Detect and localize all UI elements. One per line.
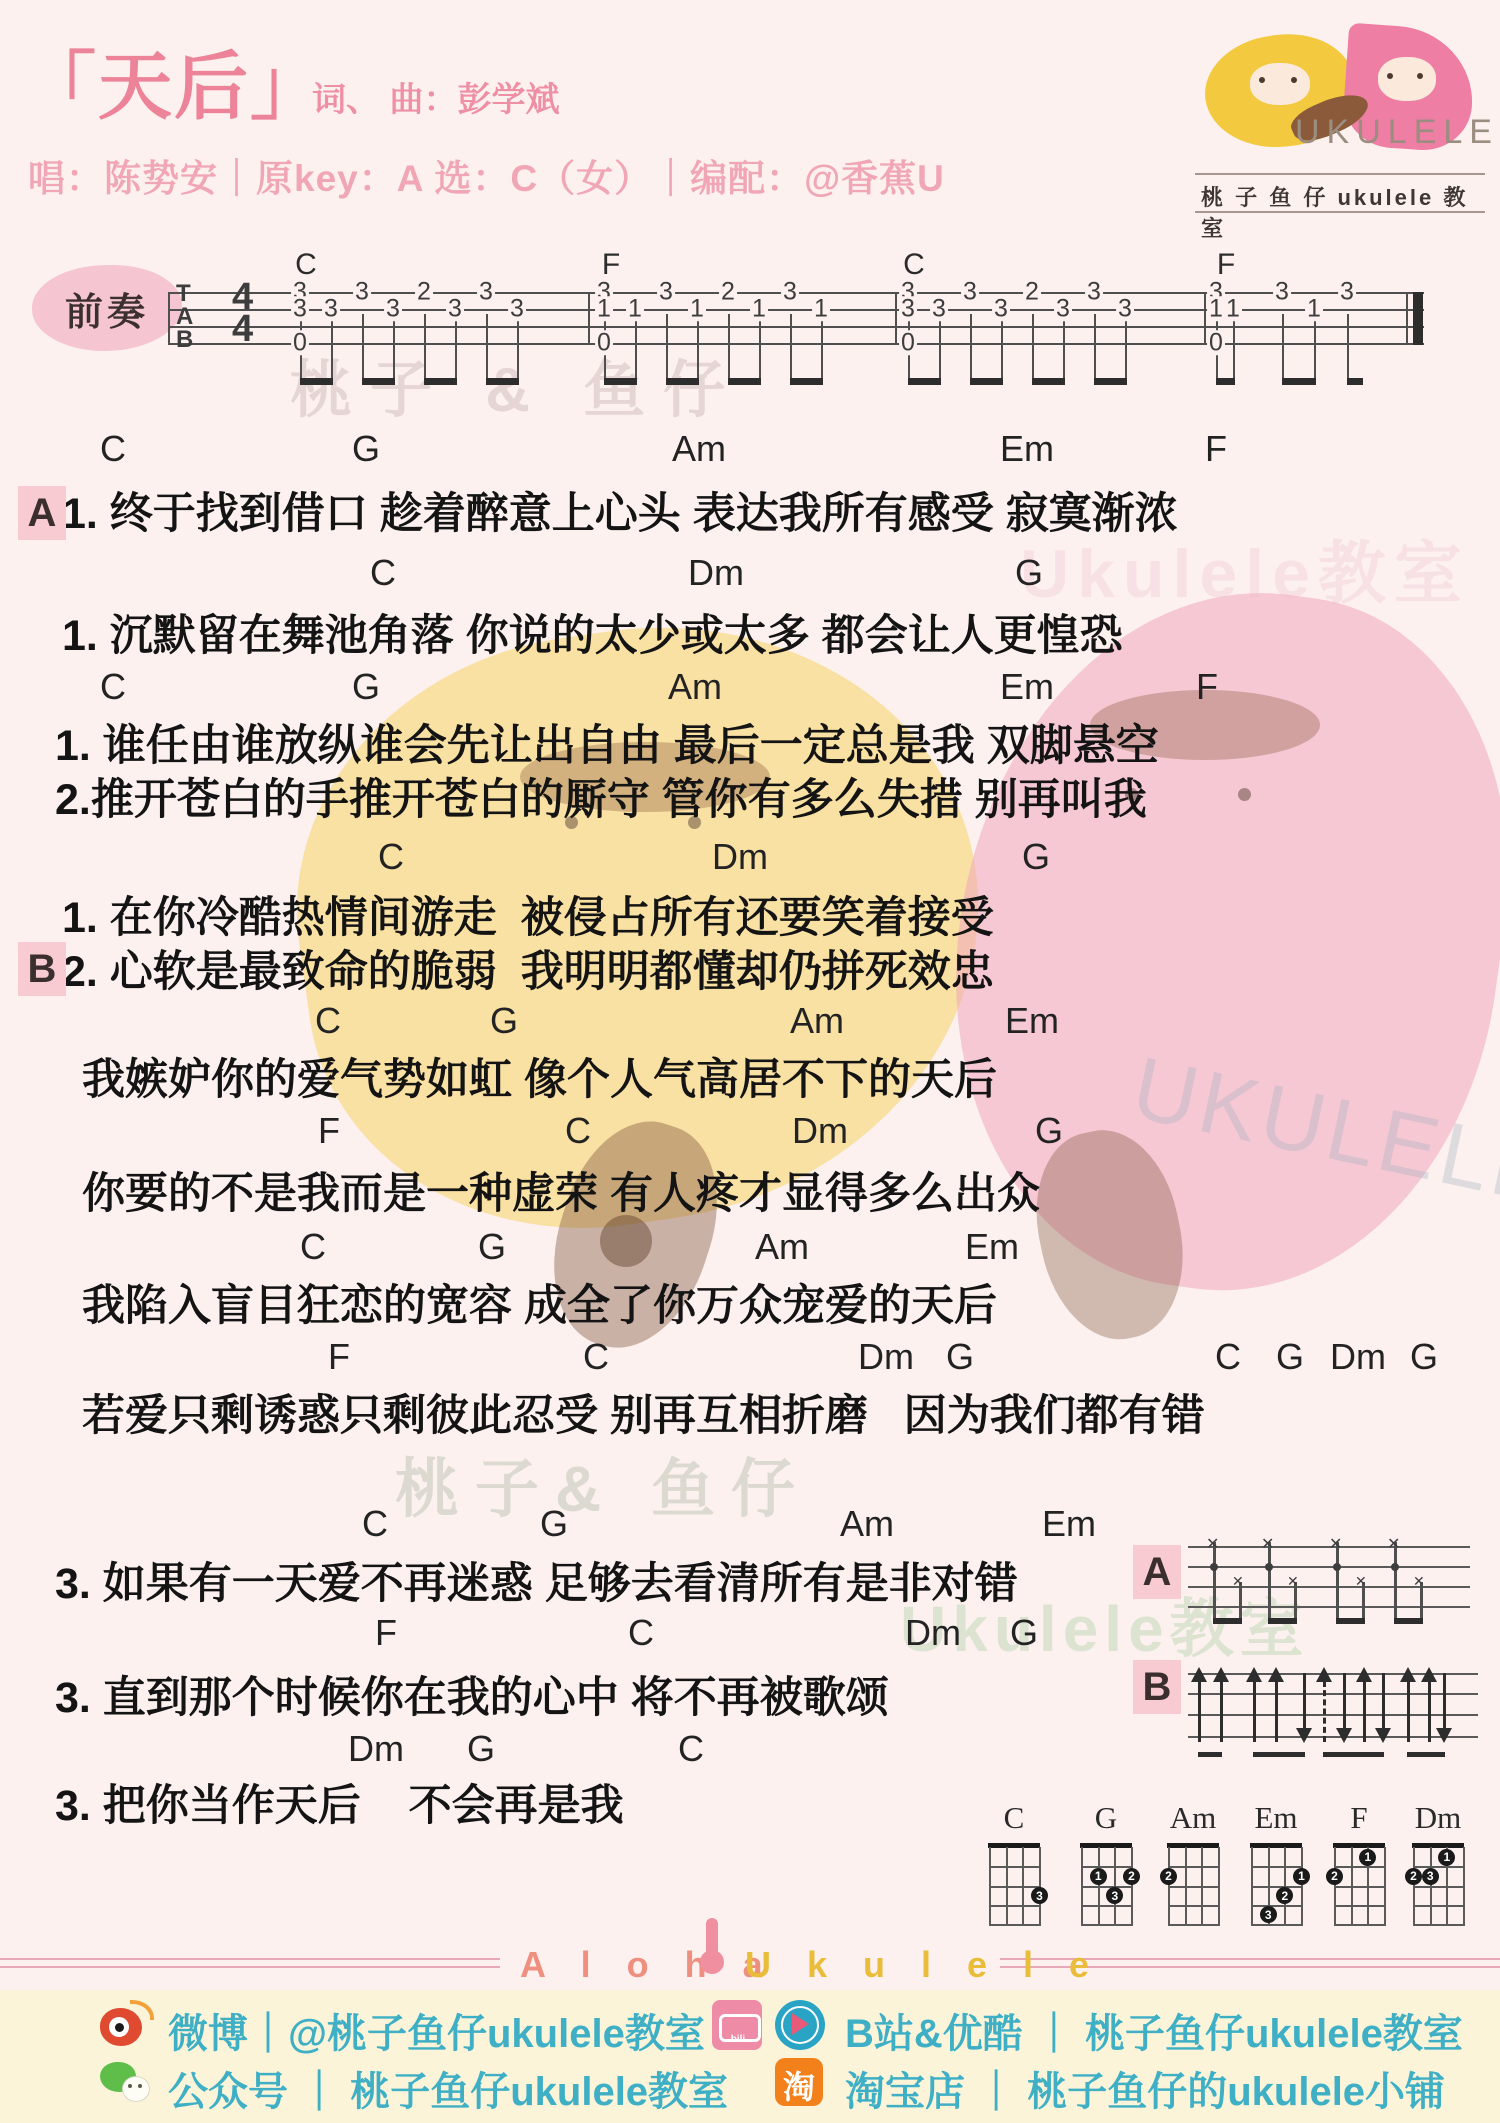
footer-links: 微博｜@桃子鱼仔ukulele教室公众号 ｜ 桃子鱼仔ukulele教室bili… <box>0 0 1500 2123</box>
footer-link-text: 微博｜@桃子鱼仔ukulele教室 <box>168 2002 705 2059</box>
taobao-icon: 淘 <box>775 2058 823 2106</box>
wechat-bubble-small <box>122 2076 150 2102</box>
weibo-eye-pupil <box>115 2023 124 2032</box>
bilibili-text: bili <box>720 2034 756 2045</box>
footer-link-text: 公众号 ｜ 桃子鱼仔ukulele教室 <box>168 2060 728 2117</box>
wechat-eye <box>138 2084 142 2088</box>
wechat-eye <box>128 2084 132 2088</box>
taobao-character: 淘 <box>775 2062 823 2108</box>
wechat-icon <box>100 2058 152 2106</box>
weibo-ray <box>130 2000 154 2020</box>
weibo-icon <box>100 2000 152 2048</box>
footer-link-text: B站&优酷 ｜ 桃子鱼仔ukulele教室 <box>845 2002 1463 2059</box>
bilibili-icon: bili <box>712 2000 762 2050</box>
youku-icon <box>775 2000 825 2050</box>
chord-sheet-page: 桃子 & 鱼仔 Ukulele教室 UKULELE 桃子& 鱼仔 Ukulele… <box>0 0 1500 2123</box>
footer-link-text: 淘宝店 ｜ 桃子鱼仔的ukulele小铺 <box>845 2060 1445 2117</box>
youku-play-triangle <box>792 2013 809 2035</box>
